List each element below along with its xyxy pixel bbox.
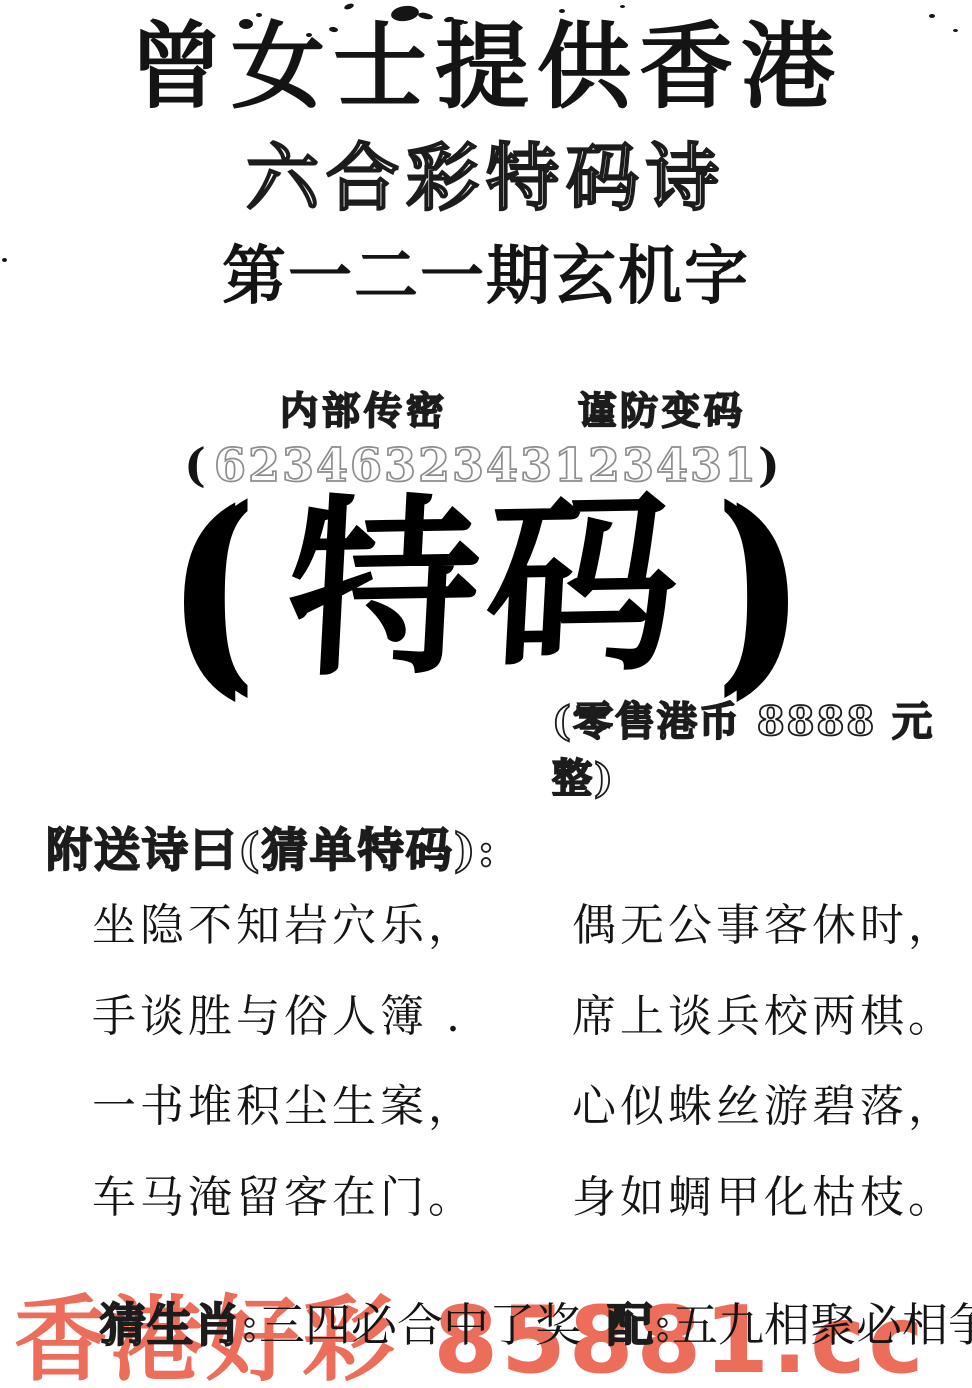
ink-speck (620, 5, 625, 8)
banner-close-paren: ) (716, 479, 790, 697)
pair-label: 配: (607, 1298, 672, 1352)
zodiac-label: 猜生肖: (100, 1298, 259, 1352)
poem-column-right: 偶无公事客休时， 席上谈兵校两棋。 心似蛛丝游碧落， 身如蜩甲化枯枝。 (572, 902, 956, 1221)
poem-heading: 附送诗曰(猜单特码): (46, 814, 497, 880)
poem-column-left: 坐隐不知岩穴乐， 手谈胜与俗人簿 . 一书堆积尘生案， 车马淹留客在门。 (92, 902, 476, 1221)
poem-line: 一书堆积尘生案， (92, 1083, 476, 1131)
pair-text: 五九相聚必相争 (672, 1298, 972, 1352)
subtitle: 六合彩特码诗 (0, 138, 972, 218)
price-note: (零售港币 8888 元整) (552, 690, 972, 804)
label-internal-secret: 内部传密 (280, 380, 448, 435)
poem-line: 身如蜩甲化枯枝。 (572, 1174, 956, 1222)
issue-title: 第一二一期玄机字 (0, 242, 972, 312)
scanned-lottery-flyer: 香港好彩 85881.cc 曾女士提供香港 六合彩特码诗 第一二一期玄机字 内部… (0, 0, 972, 1388)
label-beware-code-change: 谨防变码 (578, 380, 746, 435)
banner-text: 特码 (283, 489, 689, 688)
poem-line: 手谈胜与俗人簿 . (92, 993, 476, 1041)
main-title: 曾女士提供香港 (0, 16, 972, 119)
poem-line: 车马淹留客在门。 (92, 1174, 476, 1222)
special-code-banner: ( 特码 ) (0, 458, 972, 718)
poem-line: 偶无公事客休时， (572, 902, 956, 950)
poem-line: 席上谈兵校两棋。 (572, 993, 956, 1041)
zodiac-prediction-line: 猜生肖:三四必合中了奖配:五九相聚必相争 (100, 1300, 972, 1351)
zodiac-text: 三四必合中了奖 (259, 1298, 581, 1352)
poem-line: 心似蛛丝游碧落， (572, 1083, 956, 1131)
poem-line: 坐隐不知岩穴乐， (92, 902, 476, 950)
ink-speck (343, 2, 354, 10)
banner-open-paren: ( (181, 479, 255, 697)
